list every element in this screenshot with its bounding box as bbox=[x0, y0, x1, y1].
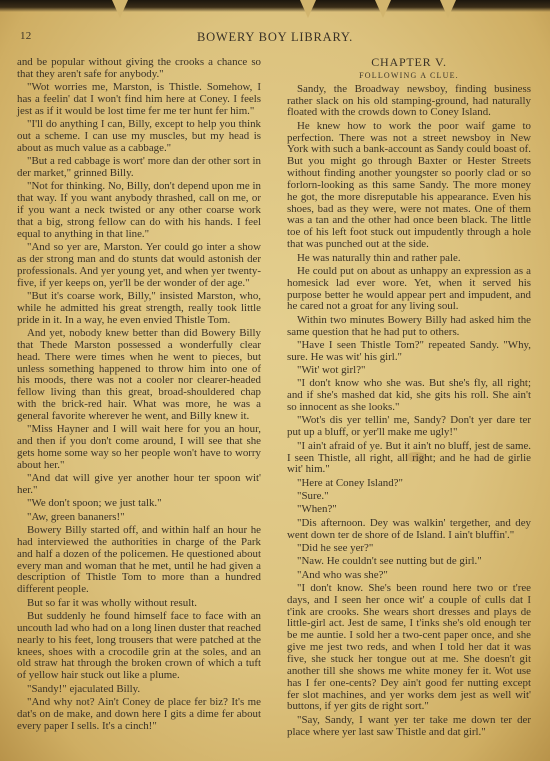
paper-tear bbox=[375, 0, 391, 18]
book-page: 12 BOWERY BOY LIBRARY. and be popular wi… bbox=[0, 0, 550, 761]
chapter-heading: CHAPTER V. bbox=[287, 57, 531, 69]
paragraph: "Dis afternoon. Dey was walkin' tergethe… bbox=[287, 518, 531, 542]
paper-tear bbox=[440, 0, 456, 18]
paragraph: "Wot worries me, Marston, is Thistle. So… bbox=[17, 82, 261, 118]
paragraph: "When?" bbox=[287, 504, 531, 516]
paragraph: Within two minutes Bowery Billy had aske… bbox=[287, 315, 531, 339]
paper-tear bbox=[112, 0, 128, 18]
paragraph: "I ain't afraid of ye. But it ain't no b… bbox=[287, 441, 531, 477]
paragraph: "We don't spoon; we just talk." bbox=[17, 498, 261, 510]
paragraph: He was naturally thin and rather pale. bbox=[287, 253, 531, 265]
paragraph: But suddenly he found himself face to fa… bbox=[17, 611, 261, 682]
paragraph: But so far it was wholly without result. bbox=[17, 598, 261, 610]
paragraph: Bowery Billy started off, and within hal… bbox=[17, 525, 261, 596]
paragraph: and be popular without giving the crooks… bbox=[17, 57, 261, 81]
paragraph: "And dat will give yer another hour ter … bbox=[17, 473, 261, 497]
paragraph: "Say, Sandy, I want yer ter take me down… bbox=[287, 715, 531, 739]
running-header: 12 BOWERY BOY LIBRARY. bbox=[20, 30, 530, 46]
torn-top-edge bbox=[0, 0, 550, 12]
publication-title: BOWERY BOY LIBRARY. bbox=[20, 30, 530, 45]
paragraph: "And so yer are, Marston. Yer could go i… bbox=[17, 242, 261, 289]
paragraph: "I don't know. She's been round here two… bbox=[287, 583, 531, 713]
paragraph: "And why not? Ain't Coney de place fer b… bbox=[17, 697, 261, 733]
paragraph: He could put on about as unhappy an expr… bbox=[287, 266, 531, 313]
paragraph: "And who was she?" bbox=[287, 570, 531, 582]
paragraph: "Here at Coney Island?" bbox=[287, 478, 531, 490]
paragraph: "Wit' wot girl?" bbox=[287, 365, 531, 377]
paragraph: "Wot's dis yer tellin' me, Sandy? Don't … bbox=[287, 415, 531, 439]
paper-tear bbox=[300, 0, 316, 18]
paragraph: "Sandy!" ejaculated Billy. bbox=[17, 684, 261, 696]
paragraph: "Have I seen Thistle Tom?" repeated Sand… bbox=[287, 340, 531, 364]
paragraph: "But it's coarse work, Billy," insisted … bbox=[17, 291, 261, 327]
paragraph: "Not for thinking. No, Billy, don't depe… bbox=[17, 181, 261, 240]
paragraph: And yet, nobody knew better than did Bow… bbox=[17, 328, 261, 423]
paragraph: "Miss Hayner and I will wait here for yo… bbox=[17, 424, 261, 471]
paragraph: He knew how to work the poor waif game t… bbox=[287, 121, 531, 251]
left-column: and be popular without giving the crooks… bbox=[17, 57, 261, 734]
paragraph: "But a red cabbage is wort' more dan der… bbox=[17, 156, 261, 180]
paragraph: "I'll do anything I can, Billy, except t… bbox=[17, 119, 261, 155]
paragraph: "Did he see yer?" bbox=[287, 543, 531, 555]
paragraph: Sandy, the Broadway newsboy, finding bus… bbox=[287, 84, 531, 120]
chapter-subtitle: FOLLOWING A CLUE. bbox=[287, 70, 531, 82]
right-column: CHAPTER V. FOLLOWING A CLUE. Sandy, the … bbox=[287, 57, 531, 740]
paragraph: "Naw. He couldn't see nutting but de gir… bbox=[287, 556, 531, 568]
paragraph: "I don't know who she was. But she's fly… bbox=[287, 378, 531, 414]
paragraph: "Aw, green bananers!" bbox=[17, 512, 261, 524]
paragraph: "Sure." bbox=[287, 491, 531, 503]
